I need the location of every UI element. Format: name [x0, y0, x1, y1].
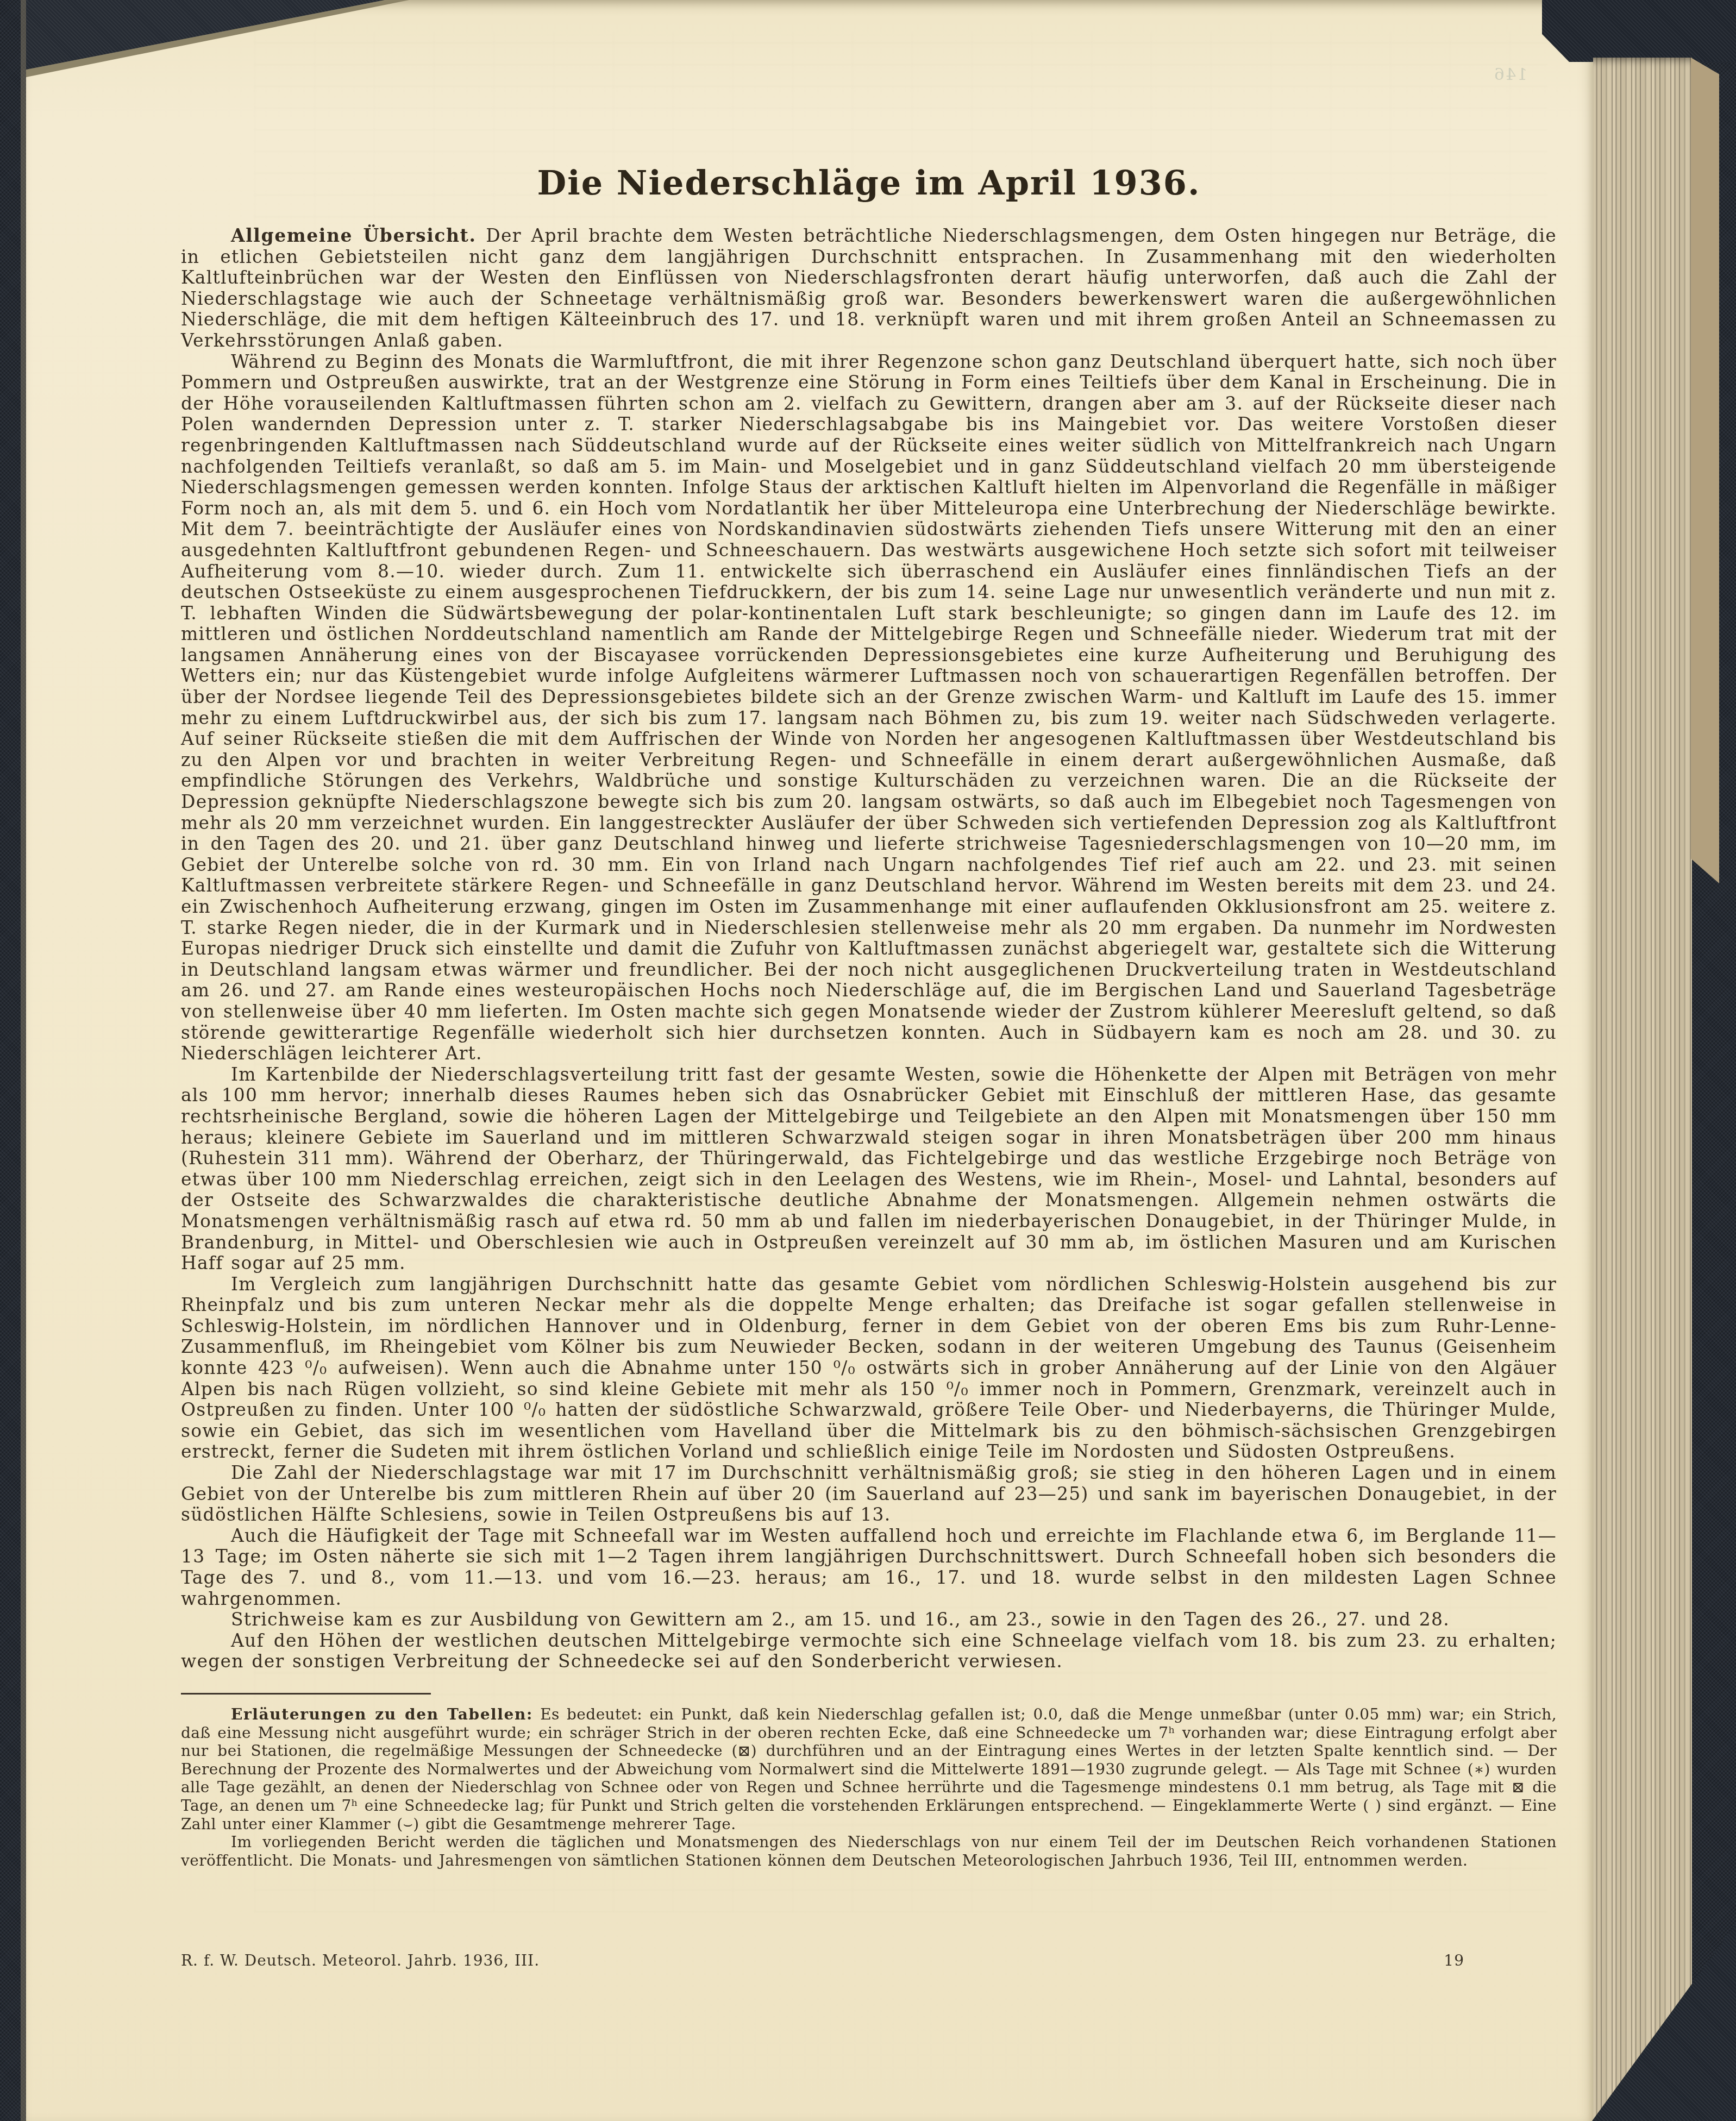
page-title: Die Niederschläge im April 1936.: [181, 163, 1557, 203]
footnote-lead: Erläuterungen zu den Tabellen:: [231, 1705, 533, 1723]
body-paragraph: Im Kartenbilde der Niederschlagsverteilu…: [181, 1064, 1557, 1274]
cover-board-edge: [1691, 58, 1719, 883]
footnote-text: Es bedeutet: ein Punkt, daß kein Nieders…: [181, 1705, 1557, 1833]
body-paragraph: Die Zahl der Niederschlagstage war mit 1…: [181, 1463, 1557, 1526]
page-number: 19: [1444, 1951, 1464, 1969]
paragraph-lead: Allgemeine Übersicht.: [231, 225, 477, 246]
scanned-page: 146 Die Niederschläge im April 1936. All…: [26, 0, 1593, 2121]
body-paragraph: Strichweise kam es zur Ausbildung von Ge…: [181, 1609, 1557, 1630]
body-text: Allgemeine Übersicht. Der April brachte …: [181, 225, 1557, 1672]
body-paragraph: Während zu Beginn des Monats die Warmluf…: [181, 352, 1557, 1064]
page-stack-fore-edge: [1593, 58, 1692, 2121]
book-cover-cloth-top-right: [1542, 0, 1736, 62]
footnote-divider-rule: [181, 1693, 431, 1695]
footnote-paragraph-explanations: Erläuterungen zu den Tabellen: Es bedeut…: [181, 1705, 1557, 1833]
footnote-paragraph: Im vorliegenden Bericht werden die tägli…: [181, 1833, 1557, 1869]
body-paragraph: Auch die Häufigkeit der Tage mit Schneef…: [181, 1526, 1557, 1609]
body-paragraph-overview: Allgemeine Übersicht. Der April brachte …: [181, 225, 1557, 352]
left-page-edge: [21, 0, 26, 2121]
page-footer: R. f. W. Deutsch. Meteorol. Jahrb. 1936,…: [181, 1951, 1557, 1969]
footnotes: Erläuterungen zu den Tabellen: Es bedeut…: [181, 1705, 1557, 1869]
page-content: Die Niederschläge im April 1936. Allgeme…: [181, 0, 1557, 1869]
body-paragraph: Auf den Höhen der westlichen deutschen M…: [181, 1630, 1557, 1672]
footer-citation: R. f. W. Deutsch. Meteorol. Jahrb. 1936,…: [181, 1951, 540, 1969]
body-paragraph: Im Vergleich zum langjährigen Durchschni…: [181, 1274, 1557, 1463]
